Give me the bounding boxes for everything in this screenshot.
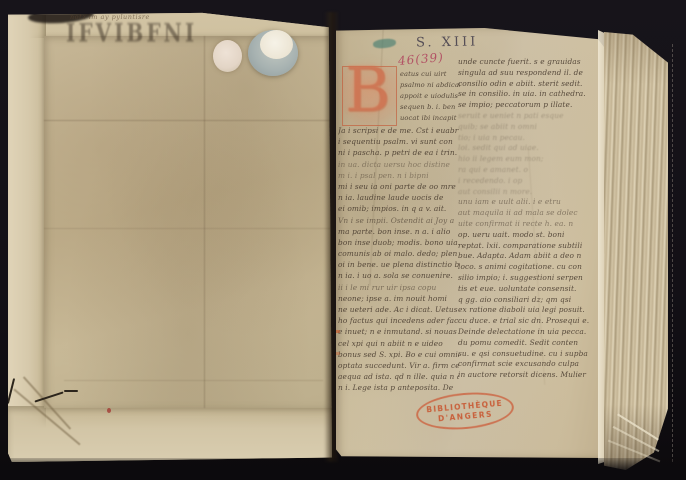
manuscript-text-line: i recedendo. i op: [458, 176, 596, 187]
decorated-initial-frame: B: [342, 66, 397, 126]
manuscript-text-line: ra qui e amanet. o: [458, 165, 596, 176]
manuscript-text-line: eatus cui uirt: [400, 69, 460, 80]
manuscript-text-line: sequen b. i. ben: [400, 102, 460, 113]
manuscript-text-line: se impio; peccatorum p illate.: [458, 100, 596, 111]
red-ink-stain: [107, 408, 111, 413]
horizontal-crease: [44, 228, 332, 229]
century-annotation: S. XIII: [416, 34, 479, 50]
book-gutter: [324, 12, 338, 462]
manuscript-text-line: su. e qsi consuetudine. cu i supba: [458, 349, 596, 360]
manuscript-text-line: du pomu comedit. Sedit conten: [458, 338, 596, 349]
manuscript-text-line: singula ad suu respondend il. de: [458, 68, 596, 79]
manuscript-text-line: oi in bene. ue plena distinctio bi: [338, 259, 459, 270]
manuscript-text-line: ho factus qui incedens ader fact: [338, 315, 459, 326]
wax-seal-core: [260, 30, 293, 59]
manuscript-text-line: appoit e uiodulis: [400, 91, 460, 102]
manuscript-text-line: silio impio; i. suggestioni serpen: [458, 273, 596, 284]
decorated-initial-B: B: [345, 53, 391, 127]
manuscript-text-line: e inuet; n e inmutand. si nouas n: [338, 326, 459, 337]
manuscript-text-line: loco. s animi cogitatione. cu con: [458, 262, 596, 273]
manuscript-text-line: aut consilii n more.: [458, 187, 596, 198]
teal-ink-smudge: [373, 38, 397, 49]
manuscript-text-line: seruit e ueniet n pati esque: [458, 111, 596, 122]
manuscript-text-line: aequa ad ista. qd n ille. quia n abiit: [338, 371, 459, 382]
manuscript-text-line: loi. sedit qui ad uiae.: [458, 143, 596, 154]
manuscript-text-line: neone; ipse a. im nouit homi: [338, 293, 459, 304]
horizontal-crease: [44, 120, 332, 121]
horizontal-crease: [64, 380, 323, 381]
shelfmark-annotation: 46(39): [397, 50, 444, 68]
manuscript-text-line: in ua. dicta uersu hoc distine: [338, 159, 459, 170]
manuscript-text-line: uite confirmat ii recte h. ea. n: [458, 219, 596, 230]
column-left: Ja i scripsi e de me. Cst i euabri seque…: [338, 125, 459, 394]
manuscript-text-line: op. ueru uait. modo st. boni: [458, 230, 596, 241]
manuscript-text-line: uocat ibi incapit: [400, 113, 460, 124]
manuscript-text-line: reptat. lxii. comparatione subtili: [458, 241, 596, 252]
manuscript-text-line: ni i pascha. p petri de ea i trin.: [338, 147, 459, 158]
manuscript-text-line: n ia. i uo a. sola se conuenire.: [338, 270, 459, 281]
manuscript-text-line: psalmo ni abdicat: [400, 80, 460, 91]
manuscript-text-line: tis et eue. uoluntate consensit.: [458, 284, 596, 295]
manuscript-text-line: i sequentiu psalm. vi sunt con: [338, 136, 459, 147]
vertical-crease: [204, 36, 205, 408]
manuscript-text-line: in auctore retorsit dicens. Mulier: [458, 370, 596, 381]
manuscript-text-line: tio; i uia n pecau.: [458, 133, 596, 144]
bottom-shadow: [0, 458, 686, 480]
manuscript-text-line: ne ueteri ade. Ac i dicat. Uetus: [338, 304, 459, 315]
manuscript-text-line: comunis ab oi malo. dedo; plen: [338, 248, 459, 259]
manuscript-text-line: ei omib; impios. in q a v. ait.: [338, 203, 459, 214]
manuscript-text-line: ma parte. bon inse. n a. i alio: [338, 226, 459, 237]
manuscript-text-line: Deinde delectatione in uia pecca.: [458, 327, 596, 338]
manuscript-text-line: unu iam e uult alii. i e etru: [458, 197, 596, 208]
parchment-pastedown: [44, 36, 332, 408]
right-page: S. XIII 46(39) B eatus cui uirtpsalmo ni…: [336, 28, 606, 458]
column-left-indent-lines: eatus cui uirtpsalmo ni abdicatappoit e …: [400, 69, 460, 124]
manuscript-text-line: Vn i se impii. Ostendit ai Joy a: [338, 215, 459, 226]
manuscript-text-line: n ia. laudine laude uocis de: [338, 192, 459, 203]
manuscript-text-line: aut maquila ii ad mala se dolec: [458, 208, 596, 219]
manuscript-text-line: ii i le mi rur uir ipsa copu: [338, 282, 459, 293]
manuscript-text-line: cel xpi qui n abiit n e uideo: [338, 338, 459, 349]
manuscript-text-line: q gg. aio consiliari dz; qm qsi: [458, 295, 596, 306]
manuscript-text-line: bonus sed S. xpi. Bo e cui omnia: [338, 349, 459, 360]
leaf-stack-fore-edge: [604, 32, 668, 470]
manuscript-text-line: se in consilio. in uia. in cathedra.: [458, 89, 596, 100]
round-repair-spot: [213, 40, 242, 72]
manuscript-text-line: ex ratione diaboli uia legi posuit.: [458, 305, 596, 316]
manuscript-text-line: consilio odin e abiit. sterit sedit.: [458, 79, 596, 90]
manuscript-text-line: mi i seu ia oni parte de oo mre: [338, 181, 459, 192]
manuscript-text-line: unde cuncte fuerit. s e grauidas: [458, 57, 596, 68]
manuscript-text-line: m i. i psal pen. n i bipni: [338, 170, 459, 181]
manuscript-text-line: bon inse duob; modis. bono uia.: [338, 237, 459, 248]
library-stamp: BIBLIOTHÈQUE D'ANGERS: [415, 389, 516, 433]
manuscript-text-line: n i. Lege ista p anteposita. De: [338, 382, 459, 393]
manuscript-text-line: Ja i scripsi e de me. Cst i euabr: [338, 125, 459, 136]
manuscript-text-line: quib; se abiit n omni: [458, 122, 596, 133]
left-page-inside-cover: notz im ay pyluntisre IFVIBFNI: [8, 12, 332, 462]
manuscript-text-line: cu duce. e trial sic dn. Prosequi e.: [458, 316, 596, 327]
manuscript-text-line: confirmat scie excusando culpa: [458, 359, 596, 370]
scan-edge-dashed-line: [672, 44, 673, 462]
column-right: unde cuncte fuerit. s e grauidassingula …: [458, 57, 596, 381]
binding-stitch: [64, 390, 78, 392]
manuscript-text-line: optata succedunt. Vir a. firm ce: [338, 360, 459, 371]
effaced-gothic-inscription: IFVIBFNI: [66, 18, 206, 53]
manuscript-text-line: bue. Adapta. Adam abiit a deo n: [458, 251, 596, 262]
manuscript-photo: notz im ay pyluntisre IFVIBFNI S. XIII 4…: [0, 0, 686, 480]
manuscript-text-line: hio ii legem eum mon;: [458, 154, 596, 165]
